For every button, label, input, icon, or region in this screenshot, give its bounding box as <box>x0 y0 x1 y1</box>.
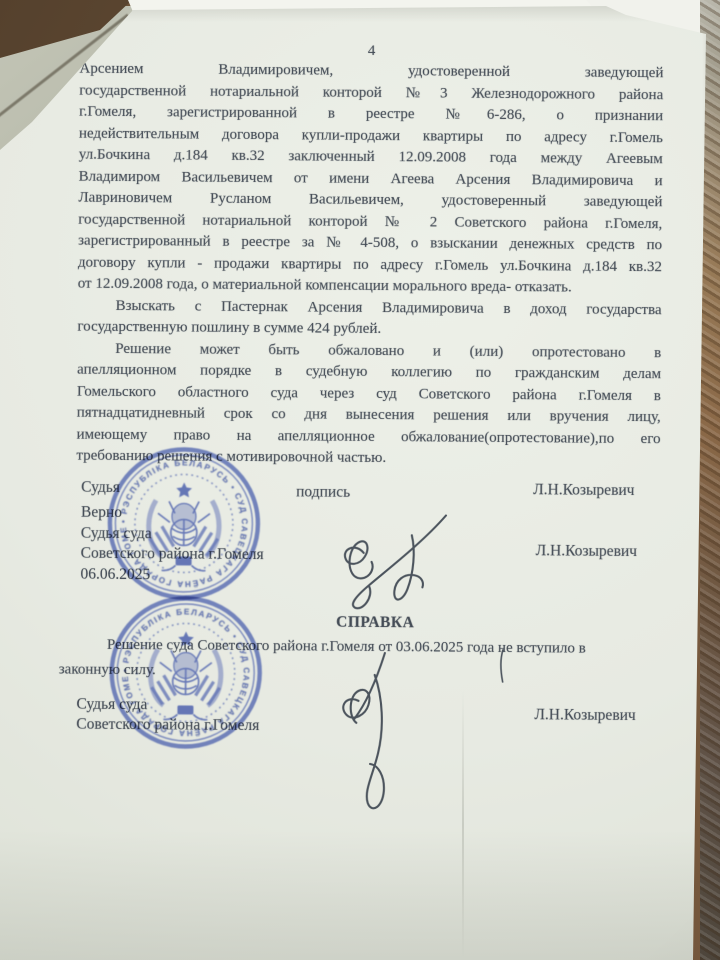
paper-crease <box>462 690 464 960</box>
signature-word-label: подпись <box>296 483 350 501</box>
court-round-stamp-spravka: • РЭСПУБЛІКА БЕЛАРУСЬ • СУД САВЕЦКАГА РА… <box>106 593 265 752</box>
spravka-judge-name: Л.Н.Козыревич <box>534 706 635 725</box>
document-content: 4 Арсением Владимировичем, удостоверенно… <box>0 0 720 960</box>
document-paragraphs: Арсением Владимировичем, удостоверенной … <box>76 59 663 472</box>
belarus-coat-of-arms <box>150 631 221 720</box>
photographed-court-document: 4 Арсением Владимировичем, удостоверенно… <box>0 0 720 960</box>
belarus-coat-of-arms <box>148 482 219 571</box>
judge-signature <box>333 509 458 616</box>
document-page: 4 Арсением Владимировичем, удостоверенно… <box>0 0 720 960</box>
court-round-stamp: • РЭСПУБЛІКА БЕЛАРУСЬ • СУД САВЕЦКАГА РА… <box>104 444 263 603</box>
spravka-title: СПРАВКА <box>336 614 414 633</box>
pen-tick-mark <box>495 648 509 684</box>
judge-name: Л.Н.Козыревич <box>533 481 634 500</box>
spravka-judge-signature <box>332 645 423 818</box>
copy-judge-name: Л.Н.Козыревич <box>536 542 637 561</box>
